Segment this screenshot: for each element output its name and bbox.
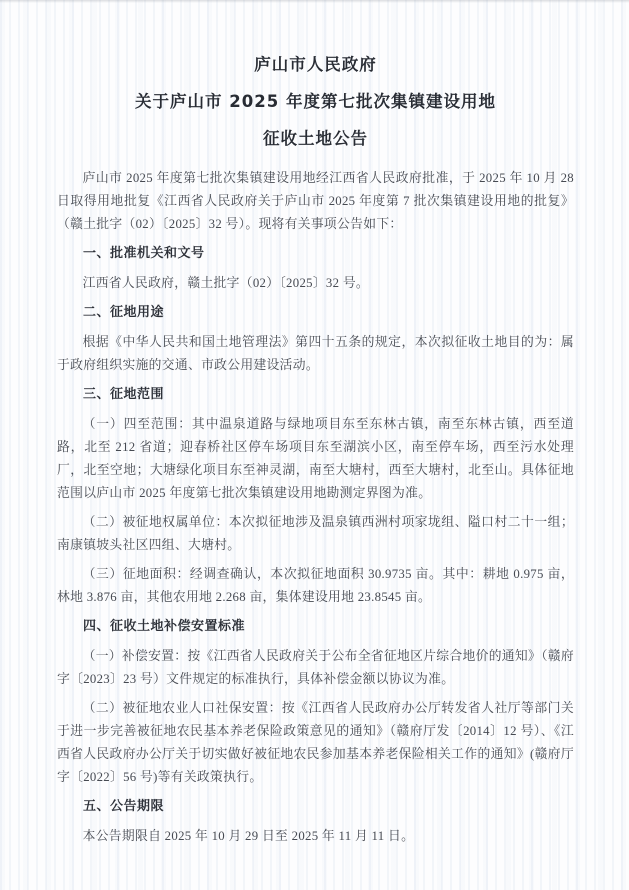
- document-title-block: 庐山市人民政府 关于庐山市 2025 年度第七批次集镇建设用地 征收土地公告: [57, 46, 574, 157]
- section-announcement-period: 五、公告期限 本公告期限自 2025 年 10 月 29 日至 2025 年 1…: [57, 796, 574, 848]
- section-paragraph: 根据《中华人民共和国土地管理法》第四十五条的规定，本次拟征收土地目的为：属于政府…: [57, 331, 574, 377]
- scan-top-edge-shadow: [0, 0, 629, 3]
- section-paragraph: （一）补偿安置：按《江西省人民政府关于公布全省征地区片综合地价的通知》（赣府字〔…: [57, 645, 574, 691]
- section-compensation-standard: 四、征收土地补偿安置标准 （一）补偿安置：按《江西省人民政府关于公布全省征地区片…: [57, 616, 574, 789]
- section-paragraph: （一）四至范围：其中温泉道路与绿地项目东至东林古镇，南至东林古镇，西至道路，北至…: [57, 413, 574, 505]
- section-heading: 二、征地用途: [57, 302, 574, 324]
- document-title-line-2: 关于庐山市 2025 年度第七批次集镇建设用地: [57, 83, 574, 120]
- document-content: 庐山市人民政府 关于庐山市 2025 年度第七批次集镇建设用地 征收土地公告 庐…: [57, 46, 574, 854]
- section-paragraph: （二）被征地权属单位：本次拟征地涉及温泉镇西洲村项家垅组、隘口村二十一组；南康镇…: [57, 511, 574, 557]
- section-paragraph: 本公告期限自 2025 年 10 月 29 日至 2025 年 11 月 11 …: [57, 825, 574, 848]
- document-title-line-1: 庐山市人民政府: [57, 46, 574, 83]
- section-approval-authority: 一、批准机关和文号 江西省人民政府，赣土批字（02）〔2025〕32 号。: [57, 243, 574, 295]
- section-land-use-purpose: 二、征地用途 根据《中华人民共和国土地管理法》第四十五条的规定，本次拟征收土地目…: [57, 302, 574, 377]
- section-paragraph: （三）征地面积：经调查确认，本次拟征地面积 30.9735 亩。其中：耕地 0.…: [57, 563, 574, 609]
- section-heading: 三、征地范围: [57, 384, 574, 406]
- intro-paragraph: 庐山市 2025 年度第七批次集镇建设用地经江西省人民政府批准，于 2025 年…: [57, 167, 574, 236]
- section-heading: 一、批准机关和文号: [57, 243, 574, 265]
- section-paragraph: （二）被征地农业人口社保安置：按《江西省人民政府办公厅转发省人社厅等部门关于进一…: [57, 697, 574, 789]
- section-heading: 五、公告期限: [57, 796, 574, 818]
- section-land-scope: 三、征地范围 （一）四至范围：其中温泉道路与绿地项目东至东林古镇，南至东林古镇，…: [57, 384, 574, 609]
- scanned-document-page: 庐山市人民政府 关于庐山市 2025 年度第七批次集镇建设用地 征收土地公告 庐…: [0, 0, 629, 890]
- document-title-line-3: 征收土地公告: [57, 120, 574, 157]
- section-paragraph: 江西省人民政府，赣土批字（02）〔2025〕32 号。: [57, 272, 574, 295]
- section-heading: 四、征收土地补偿安置标准: [57, 616, 574, 638]
